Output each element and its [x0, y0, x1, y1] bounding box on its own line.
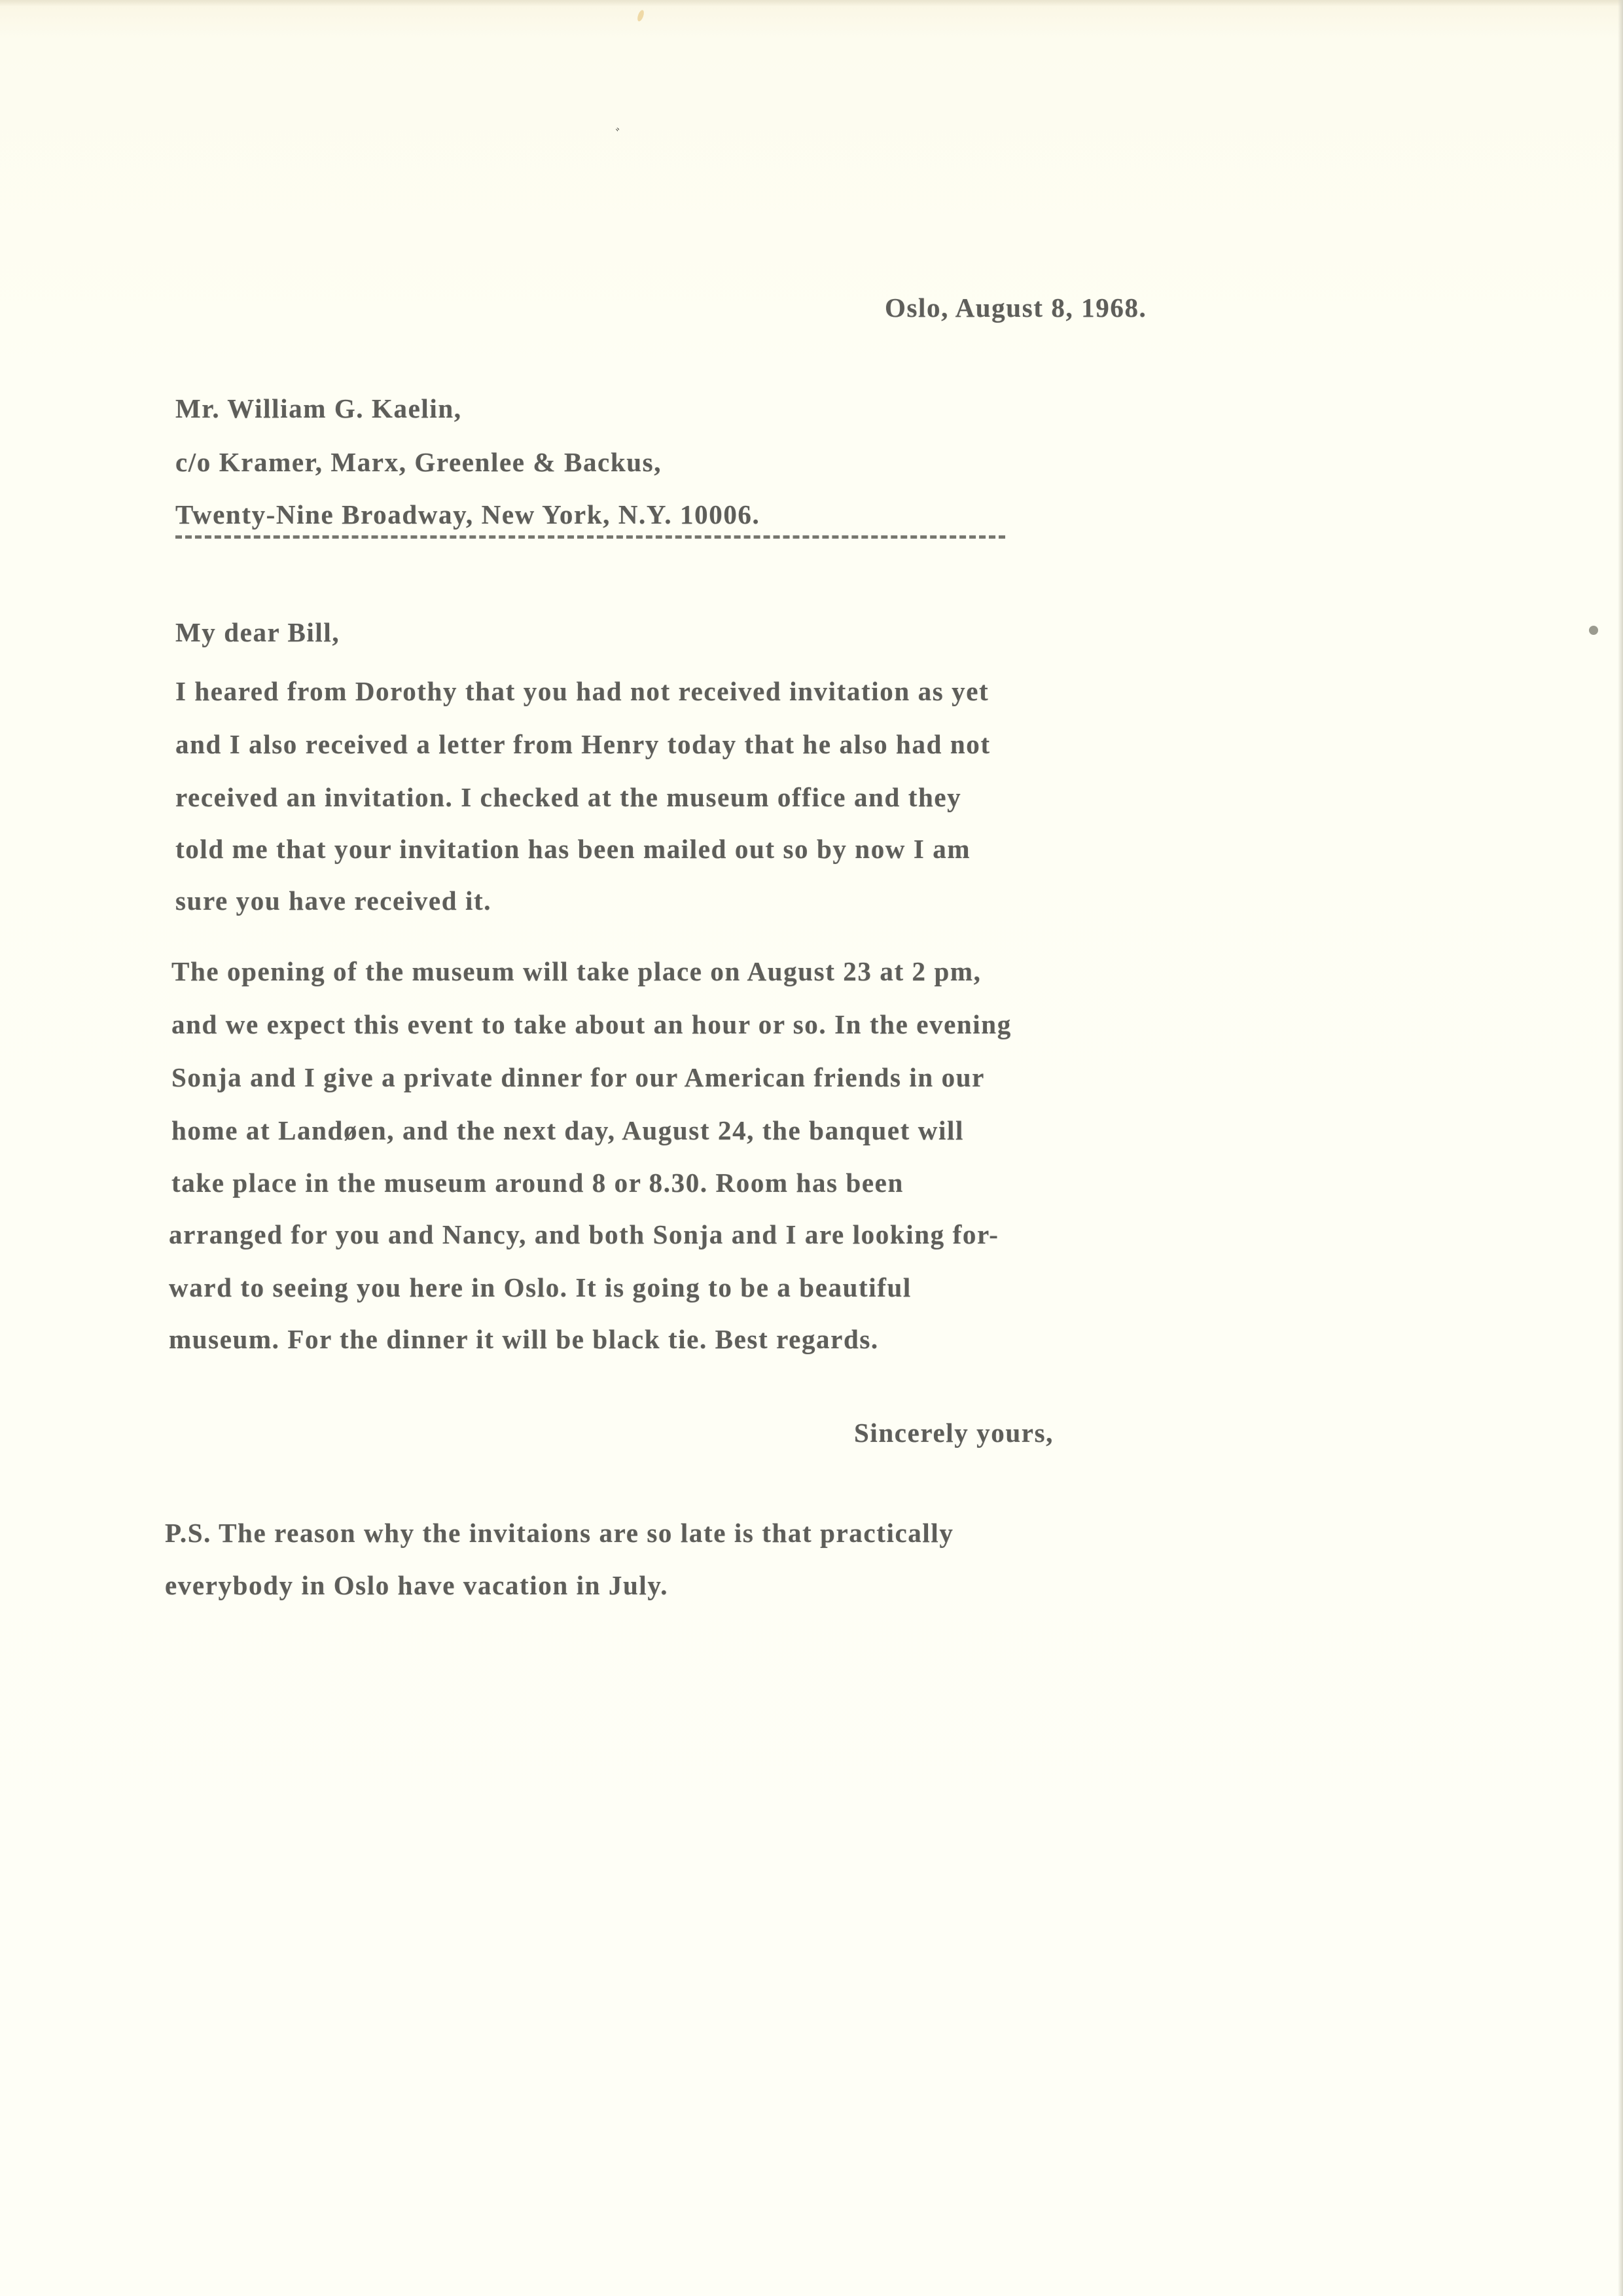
paragraph-line: sure you have received it.	[175, 885, 491, 916]
paragraph-line: ward to seeing you here in Oslo. It is g…	[169, 1272, 912, 1303]
closing: Sincerely yours,	[854, 1417, 1054, 1448]
ink-mark-icon: ﾞ	[615, 124, 622, 145]
paragraph-line: take place in the museum around 8 or 8.3…	[171, 1167, 904, 1198]
address-dashed-underline	[175, 535, 1005, 539]
paragraph-line: I heared from Dorothy that you had not r…	[175, 675, 989, 707]
paragraph-line: home at Landøen, and the next day, Augus…	[171, 1115, 964, 1146]
date-line: Oslo, August 8, 1968.	[885, 292, 1147, 323]
paragraph-line: and we expect this event to take about a…	[171, 1009, 1012, 1040]
paper-stain	[636, 9, 645, 22]
paper-right-edge	[1618, 0, 1623, 2296]
recipient-address: Twenty-Nine Broadway, New York, N.Y. 100…	[175, 499, 760, 530]
postscript-line: P.S. The reason why the invitaions are s…	[165, 1517, 954, 1549]
recipient-name: Mr. William G. Kaelin,	[175, 393, 462, 424]
paragraph-line: arranged for you and Nancy, and both Son…	[169, 1219, 999, 1250]
salutation: My dear Bill,	[175, 617, 340, 648]
paragraph-line: Sonja and I give a private dinner for ou…	[171, 1062, 985, 1093]
paragraph-line: museum. For the dinner it will be black …	[169, 1323, 879, 1355]
paragraph-line: The opening of the museum will take plac…	[171, 956, 982, 987]
paragraph-line: received an invitation. I checked at the…	[175, 781, 961, 813]
letter-page: ﾞ Oslo, August 8, 1968. Mr. William G. K…	[0, 0, 1623, 2296]
paper-top-edge	[0, 0, 1623, 7]
recipient-care-of: c/o Kramer, Marx, Greenlee & Backus,	[175, 446, 662, 478]
paragraph-line: told me that your invitation has been ma…	[175, 833, 971, 865]
punch-dot-icon	[1589, 626, 1598, 635]
paragraph-line: and I also received a letter from Henry …	[175, 728, 991, 760]
postscript-line: everybody in Oslo have vacation in July.	[165, 1570, 668, 1601]
